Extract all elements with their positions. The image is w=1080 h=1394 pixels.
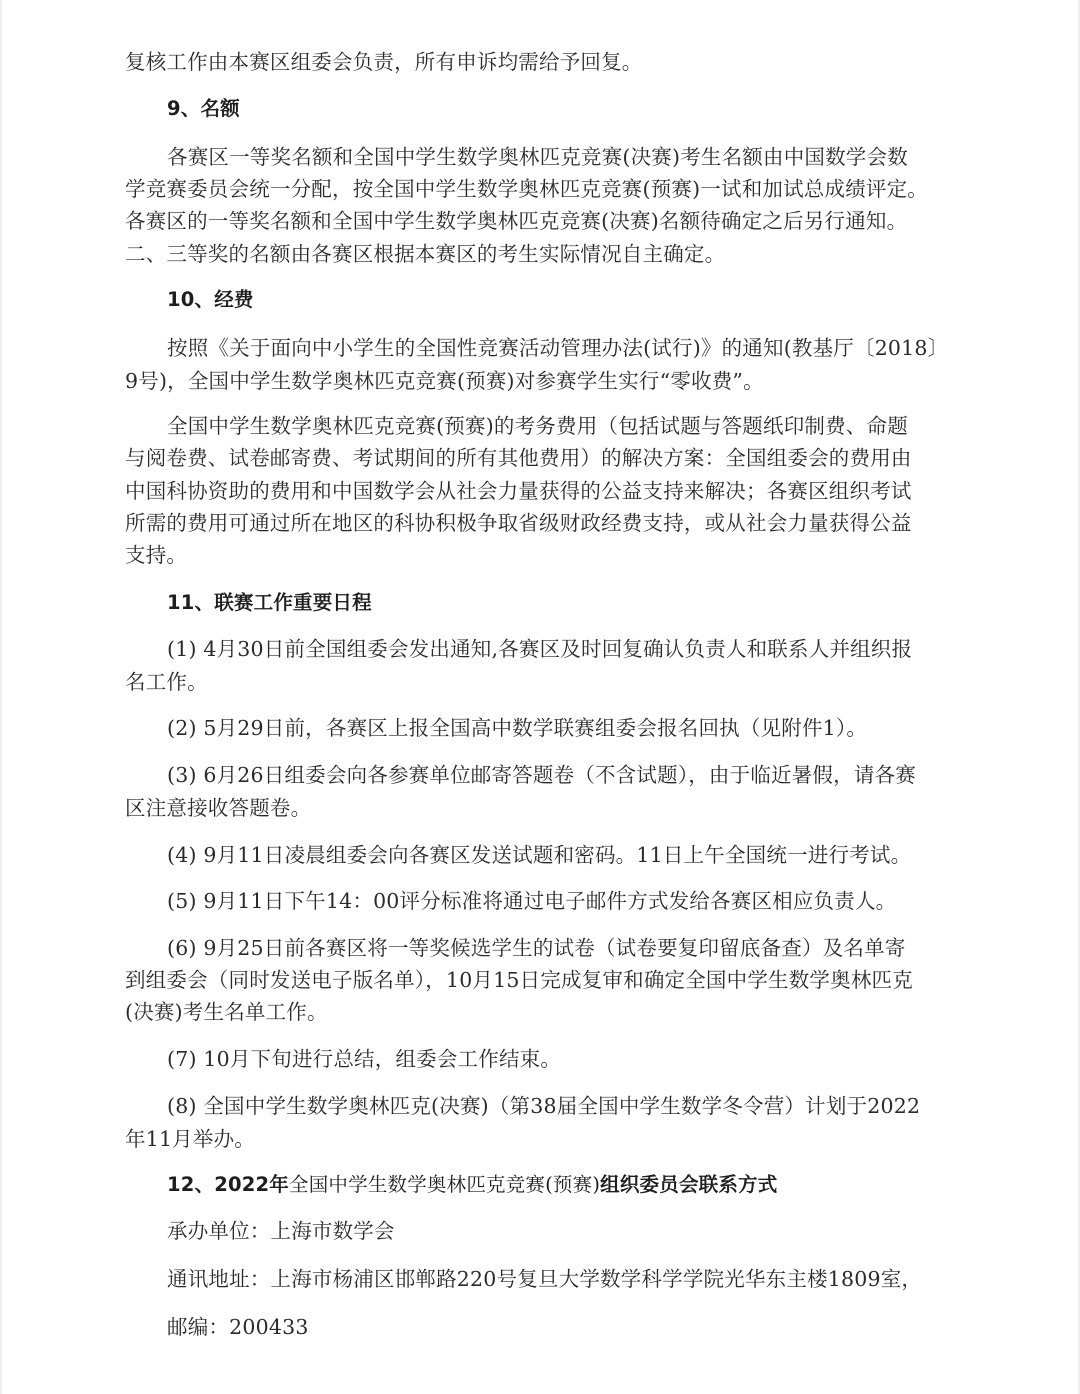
section-9-line: 学竞赛委员会统一分配，按全国中学生数学奥林匹克竞赛(预赛)一试和加试总成绩评定。 (125, 174, 928, 204)
schedule-item-8: (8) 全国中学生数学奥林匹克(决赛)（第38届全国中学生数学冬令营）计划于20… (167, 1091, 920, 1121)
schedule-item-4: (4) 9月11日凌晨组委会向各赛区发送试题和密码。11日上午全国统一进行考试。 (167, 840, 911, 870)
schedule-item-7: (7) 10月下旬进行总结，组委会工作结束。 (167, 1044, 561, 1074)
organizer-text: 承办单位：上海市数学会 (167, 1216, 395, 1246)
section-10-para2-line: 中国科协资助的费用和中国数学会从社会力量获得的公益支持来解决；各赛区组织考试 (125, 476, 912, 506)
section-10-para1-line: 按照《关于面向中小学生的全国性竞赛活动管理办法(试行)》的通知(教基厅〔2018… (167, 333, 948, 363)
schedule-item-8-cont: 年11月举办。 (125, 1124, 255, 1154)
section-10-para2-line: 全国中学生数学奥林匹克竞赛(预赛)的考务费用（包括试题与答题纸印制费、命题 (167, 411, 908, 441)
schedule-item-3-cont: 区注意接收答题卷。 (125, 793, 311, 823)
document-page: 复核工作由本赛区组委会负责，所有申诉均需给予回复。 9、名额 各赛区一等奖名额和… (0, 0, 1080, 1394)
section-9-line: 二、三等奖的名额由各赛区根据本赛区的考生实际情况自主确定。 (125, 239, 725, 269)
schedule-item-5: (5) 9月11日下午14：00评分标准将通过电子邮件方式发给各赛区相应负责人。 (167, 886, 896, 916)
section-9-line: 各赛区一等奖名额和全国中学生数学奥林匹克竞赛(决赛)考生名额由中国数学会数 (167, 142, 908, 172)
address-text: 通讯地址：上海市杨浦区邯郸路220号复旦大学数学科学学院光华东主楼1809室， (167, 1264, 922, 1294)
schedule-item-6-cont: (决赛)考生名单工作。 (125, 997, 328, 1027)
schedule-item-1: (1) 4月30日前全国组委会发出通知,各赛区及时回复确认负责人和联系人并组织报 (167, 634, 912, 664)
schedule-item-3: (3) 6月26日组委会向各参赛单位邮寄答题卷（不含试题），由于临近暑假，请各赛 (167, 760, 916, 790)
section-12-heading-part: 全国中学生数学奥林匹克竞赛(预赛) (289, 1173, 600, 1196)
schedule-item-6-cont: 到组委会（同时发送电子版名单），10月15日完成复审和确定全国中学生数学奥林匹克 (125, 965, 913, 995)
section-10-para2-line: 支持。 (125, 540, 187, 570)
section-10-heading: 10、经费 (167, 285, 254, 315)
section-11-heading: 11、联赛工作重要日程 (167, 588, 372, 618)
section-10-para1-line: 9号)，全国中学生数学奥林匹克竞赛(预赛)对参赛学生实行“零收费”。 (125, 366, 764, 396)
schedule-item-6: (6) 9月25日前各赛区将一等奖候选学生的试卷（试卷要复印留底备查）及名单寄 (167, 933, 905, 963)
section-12-heading-part: 组织委员会联系方式 (600, 1173, 777, 1196)
section-10-para2-line: 与阅卷费、试卷邮寄费、考试期间的所有其他费用）的解决方案：全国组委会的费用由 (125, 443, 912, 473)
section-10-para2-line: 所需的费用可通过所在地区的科协积极争取省级财政经费支持，或从社会力量获得公益 (125, 508, 912, 538)
section-9-heading: 9、名额 (167, 94, 240, 124)
postcode-text: 邮编：200433 (167, 1312, 309, 1342)
schedule-item-2: (2) 5月29日前，各赛区上报全国高中数学联赛组委会报名回执（见附件1）。 (167, 713, 867, 743)
intro-tail-text: 复核工作由本赛区组委会负责，所有申诉均需给予回复。 (125, 47, 643, 77)
schedule-item-1-cont: 名工作。 (125, 667, 208, 697)
section-12-heading-part: 12、2022年 (167, 1173, 289, 1196)
section-12-heading: 12、2022年全国中学生数学奥林匹克竞赛(预赛)组织委员会联系方式 (167, 1170, 777, 1200)
section-9-line: 各赛区的一等奖名额和全国中学生数学奥林匹克竞赛(决赛)名额待确定之后另行通知。 (125, 206, 907, 236)
